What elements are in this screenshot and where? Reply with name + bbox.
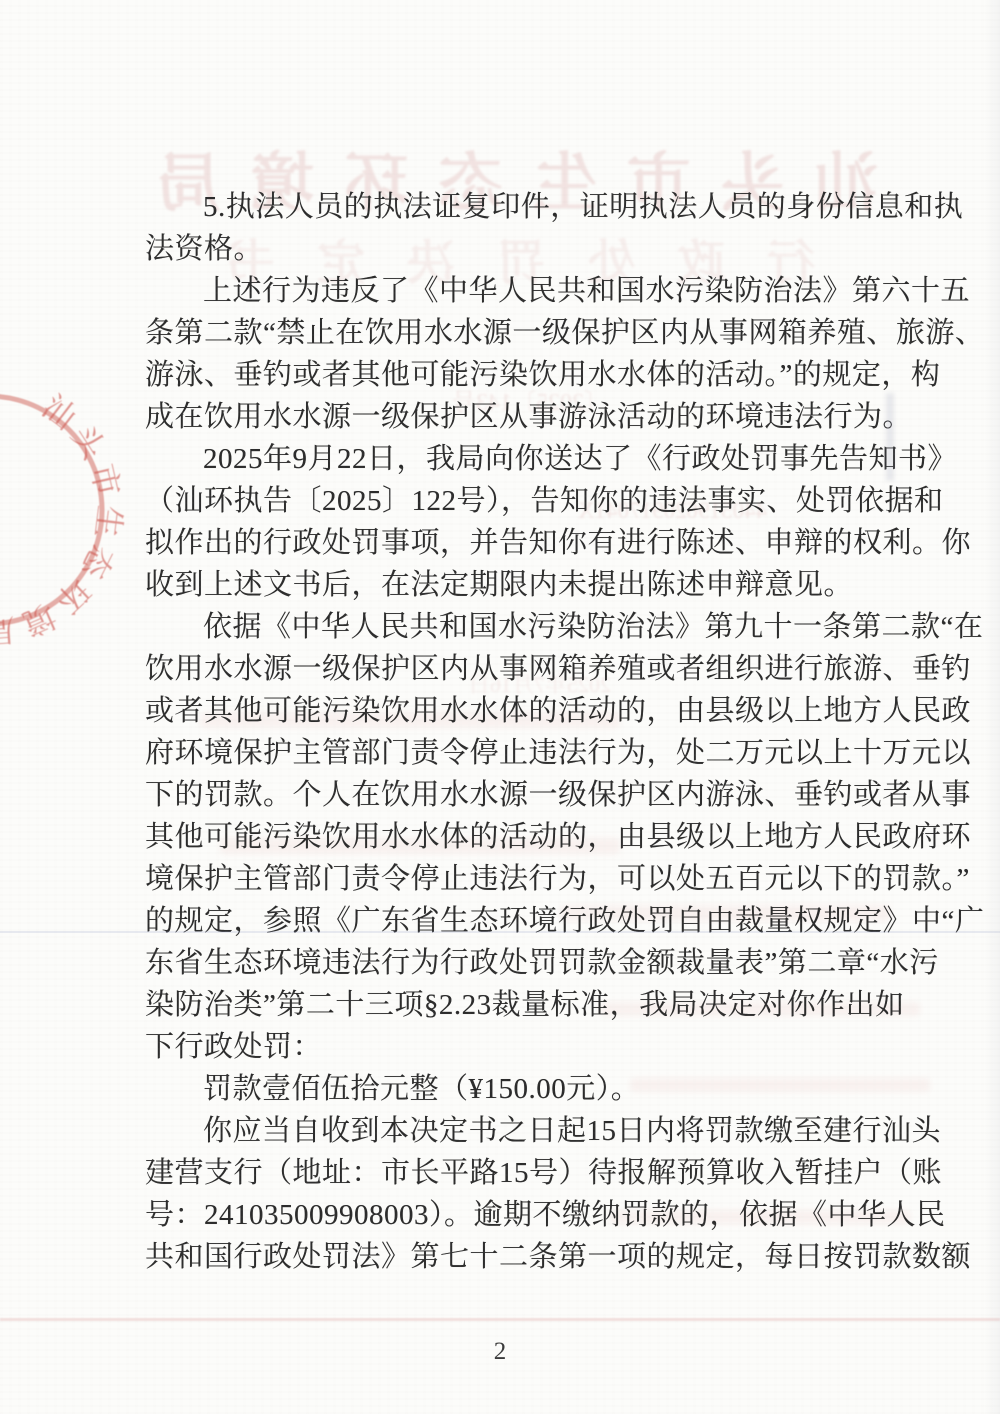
text-line: 或者其他可能污染饮用水水体的活动的，由县级以上地方人民政 (145, 690, 869, 732)
text-line: 东省生态环境违法行为行政处罚罚款金额裁量表”第二章“水污 (145, 942, 869, 984)
text-line: 你应当自收到本决定书之日起15日内将罚款缴至建行汕头 (145, 1110, 869, 1152)
document-page: 汕头市生态环境局 行政处罚决定书 〔2025〕143号 440519620917… (0, 0, 1000, 1414)
text-line: 共和国行政处罚法》第七十二条第一项的规定，每日按罚款数额 (145, 1236, 869, 1278)
page-number: 2 (0, 1338, 1000, 1366)
text-line: 依据《中华人民共和国水污染防治法》第九十一条第二款“在 (145, 606, 869, 648)
text-line: 饮用水水源一级保护区内从事网箱养殖或者组织进行旅游、垂钓 (145, 648, 869, 690)
text-line: 号：241035009908003）。逾期不缴纳罚款的，依据《中华人民 (145, 1194, 869, 1236)
text-line: 成在饮用水水源一级保护区从事游泳活动的环境违法行为。 (145, 396, 869, 438)
text-line: 境保护主管部门责令停止违法行为，可以处五百元以下的罚款。” (145, 858, 869, 900)
text-line: 其他可能污染饮用水水体的活动的，由县级以上地方人民政府环 (145, 816, 869, 858)
text-line: 拟作出的行政处罚事项，并告知你有进行陈述、申辩的权利。你 (145, 522, 869, 564)
text-line: 收到上述文书后，在法定期限内未提出陈述申辩意见。 (145, 564, 869, 606)
text-line: 法资格。 (145, 228, 869, 270)
svg-text:汕头市生态环境局: 汕头市生态环境局 (0, 383, 128, 650)
seal-text: 汕头市生态环境局 (0, 383, 128, 650)
text-line: 府环境保护主管部门责令停止违法行为，处二万元以上十万元以 (145, 732, 869, 774)
text-line: 下的罚款。个人在饮用水水源一级保护区内游泳、垂钓或者从事 (145, 774, 869, 816)
document-body: 5.执法人员的执法证复印件，证明执法人员的身份信息和执 法资格。 上述行为违反了… (145, 186, 869, 1278)
scan-edge-shadow (984, 0, 1000, 1414)
text-line: 建营支行（地址：市长平路15号）待报解预算收入暂挂户（账 (145, 1152, 869, 1194)
scan-artifact-line (0, 1318, 1000, 1321)
text-line: 条第二款“禁止在饮用水水源一级保护区内从事网箱养殖、旅游、 (145, 312, 869, 354)
scan-artifact-line (0, 931, 1000, 933)
text-line: 上述行为违反了《中华人民共和国水污染防治法》第六十五 (145, 270, 869, 312)
text-line: 的规定，参照《广东省生态环境行政处罚自由裁量权规定》中“广 (145, 900, 869, 942)
text-line: （汕环执告〔2025〕122号），告知你的违法事实、处罚依据和 (145, 480, 869, 522)
text-line: 染防治类”第二十三项§2.23裁量标准，我局决定对你作出如 (145, 984, 869, 1026)
scan-artifact-smudge (886, 393, 894, 481)
text-line: 2025年9月22日，我局向你送达了《行政处罚事先告知书》 (145, 438, 869, 480)
text-line: 罚款壹佰伍拾元整（¥150.00元）。 (145, 1068, 869, 1110)
official-seal-icon: 汕头市生态环境局 (0, 370, 128, 650)
text-line: 游泳、垂钓或者其他可能污染饮用水水体的活动。”的规定，构 (145, 354, 869, 396)
text-line: 5.执法人员的执法证复印件，证明执法人员的身份信息和执 (145, 186, 869, 228)
text-line: 下行政处罚： (145, 1026, 869, 1068)
